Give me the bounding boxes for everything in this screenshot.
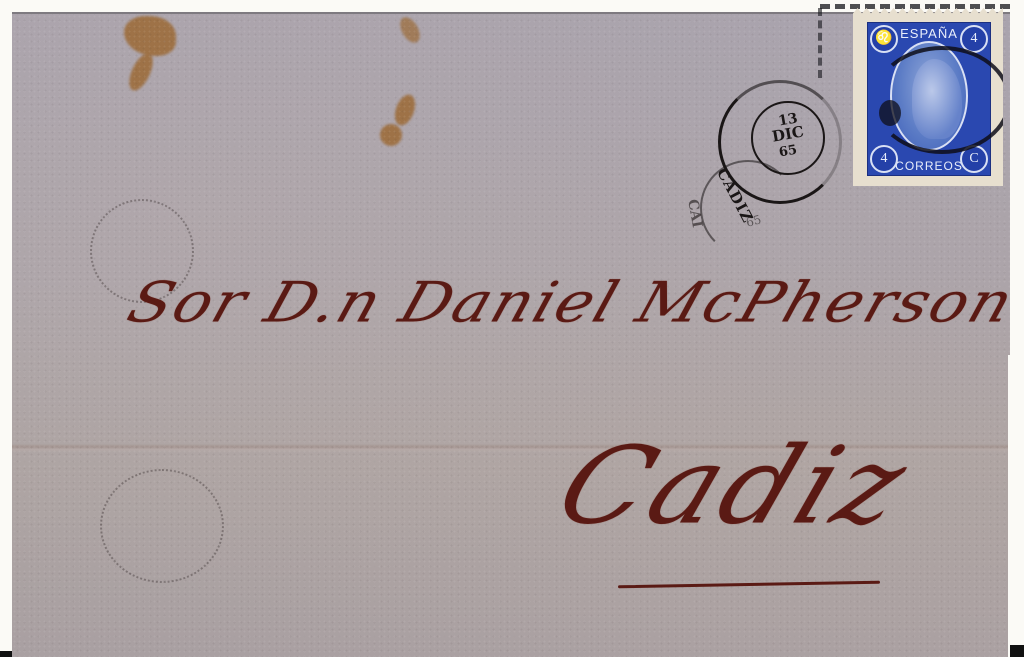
destination-city-handwriting: Cadiz [542, 425, 926, 549]
stamp-denomination-bottom: 4 [870, 145, 898, 173]
cadiz-postmark: 13 DIC 65 CADIZ [718, 80, 842, 204]
foxing-stain [391, 92, 419, 128]
postmark-date-ring: 13 DIC 65 [751, 101, 825, 175]
cancellation-dots [818, 8, 830, 78]
postage-stamp: ESPAÑA CORREOS ♌ 4 4 C [853, 8, 1003, 186]
addressee-handwriting: Sor D.n Daniel McPherson [120, 269, 1023, 335]
foxing-stain [396, 14, 424, 46]
foxing-stain [124, 16, 176, 56]
scan-corner [0, 651, 12, 657]
scan-background-strip [1008, 355, 1024, 657]
stamp-cancellation-blot [879, 100, 901, 126]
lion-emblem-icon: ♌ [870, 25, 898, 53]
foxing-stain [124, 50, 157, 94]
foxing-stain [380, 124, 402, 146]
offset-postmark-ghost [100, 469, 224, 583]
scanned-cover-scene: CAI 65 13 DIC 65 CADIZ ESPAÑA CORREOS ♌ … [0, 0, 1024, 657]
scan-corner [1010, 645, 1024, 657]
